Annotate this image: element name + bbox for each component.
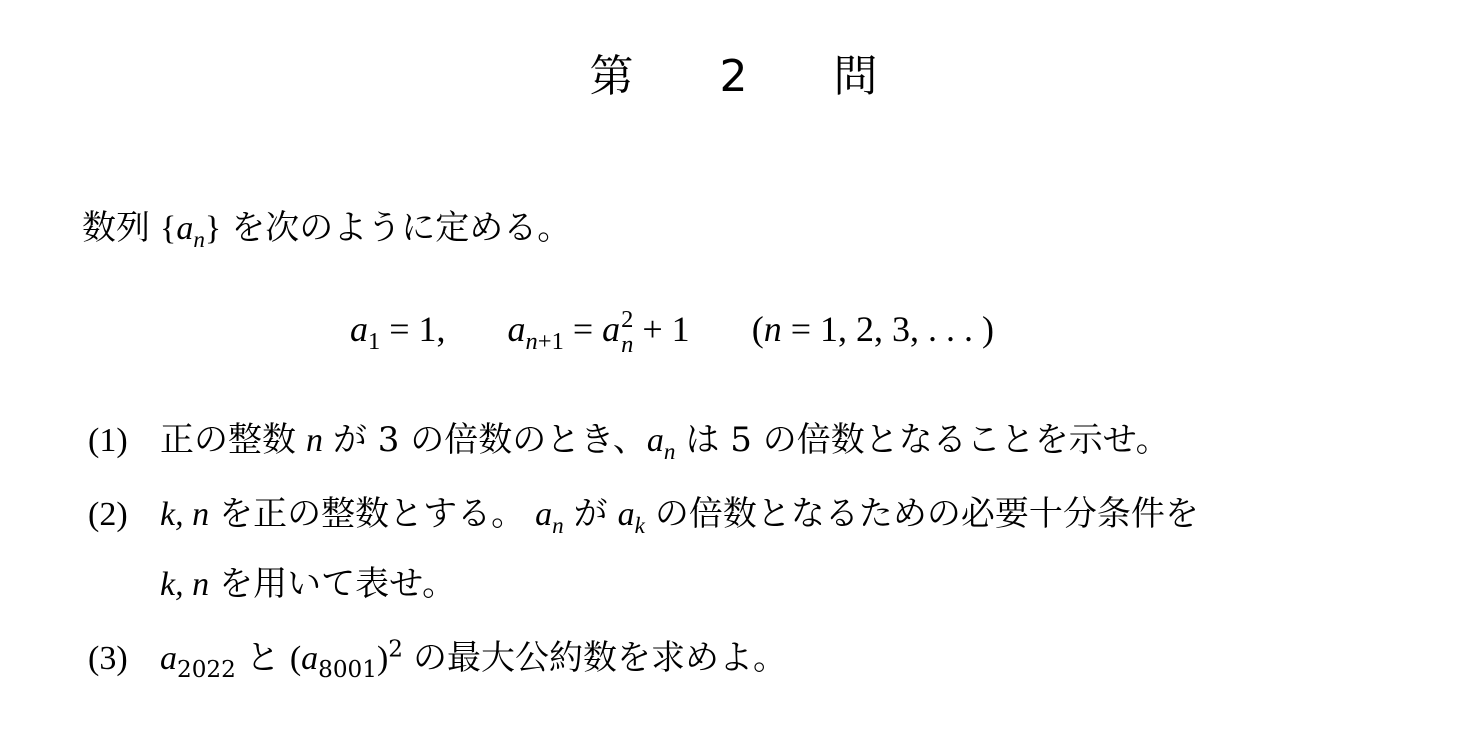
q3-paren-close: ) bbox=[377, 640, 388, 677]
cond-rest: = 1, 2, 3, . . . ) bbox=[791, 309, 994, 349]
title-dai: 第 bbox=[590, 40, 634, 104]
recurrence-equation: a1 = 1, ann+1+1 = a2n + 1 (n = 1, 2, 3, … bbox=[350, 305, 994, 357]
q2-a1: a bbox=[535, 496, 552, 533]
title-number: 2 bbox=[720, 51, 748, 102]
rec-eq: = bbox=[573, 309, 593, 349]
q1-a: a bbox=[647, 422, 664, 459]
a1-rhs: = 1, bbox=[389, 309, 445, 349]
q3-a2: a bbox=[301, 640, 318, 677]
q2-line2-text: を用いて表せ。 bbox=[219, 564, 456, 604]
brace-close: } bbox=[205, 210, 221, 247]
q1-text1: 正の整数 bbox=[160, 420, 296, 460]
brace-open: { bbox=[160, 210, 176, 247]
problem-title: 第2問 bbox=[0, 40, 1467, 104]
question-3: (3)a2022と(a8001)2の最大公約数を求めよ。 bbox=[88, 636, 787, 681]
question-1: (1)正の整数nが 3 の倍数のとき、anは 5 の倍数となることを示せ。 bbox=[88, 418, 1170, 463]
q1-text2: が 3 の倍数のとき、 bbox=[333, 420, 647, 460]
rec-sub2: n bbox=[621, 333, 633, 357]
intro-prefix: 数列 bbox=[82, 208, 150, 248]
cond-open: ( bbox=[752, 309, 764, 349]
q3-a1-sub: 2022 bbox=[177, 657, 236, 683]
q2-a1-sub: n bbox=[552, 513, 564, 539]
q3-a2-sub: 8001 bbox=[318, 657, 377, 683]
rec-var: a bbox=[508, 309, 526, 349]
question-number: (3) bbox=[88, 637, 160, 681]
q3-text1: と bbox=[246, 638, 280, 678]
q2-a2: a bbox=[618, 496, 635, 533]
question-2: (2)k, nを正の整数とする。anがakの倍数となるための必要十分条件を bbox=[88, 492, 1199, 537]
a1-var: a bbox=[350, 309, 368, 349]
rec-tail: + 1 bbox=[642, 309, 689, 349]
q2-kn: k, n bbox=[160, 496, 209, 533]
a1-sub: 1 bbox=[368, 328, 380, 355]
q2-text3: の倍数となるための必要十分条件を bbox=[655, 494, 1199, 534]
q2-line2-kn: k, n bbox=[160, 566, 209, 603]
question-number: (2) bbox=[88, 493, 160, 537]
rec-sup: 2 bbox=[621, 308, 633, 332]
q2-text1: を正の整数とする。 bbox=[219, 494, 525, 534]
intro-suffix: を次のように定める。 bbox=[231, 208, 571, 248]
q1-text3: は 5 の倍数となることを示せ。 bbox=[685, 420, 1169, 460]
question-number: (1) bbox=[88, 419, 160, 463]
q3-text2: の最大公約数を求めよ。 bbox=[413, 638, 787, 678]
q3-a1: a bbox=[160, 640, 177, 677]
q1-n: n bbox=[306, 422, 323, 459]
q3-paren-open: ( bbox=[290, 640, 301, 677]
q2-text2: が bbox=[574, 494, 608, 534]
seq-sub: n bbox=[193, 227, 205, 253]
q3-sup: 2 bbox=[388, 637, 403, 663]
q1-a-sub: n bbox=[664, 439, 676, 465]
cond-var: n bbox=[764, 309, 782, 349]
seq-var: a bbox=[176, 210, 193, 247]
intro-sentence: 数列{an}を次のように定める。 bbox=[82, 206, 571, 251]
question-2-line2: k, nを用いて表せ。 bbox=[160, 562, 456, 607]
q2-a2-sub: k bbox=[635, 513, 645, 539]
rec-var2: a bbox=[602, 309, 620, 349]
title-mon: 問 bbox=[834, 40, 878, 104]
